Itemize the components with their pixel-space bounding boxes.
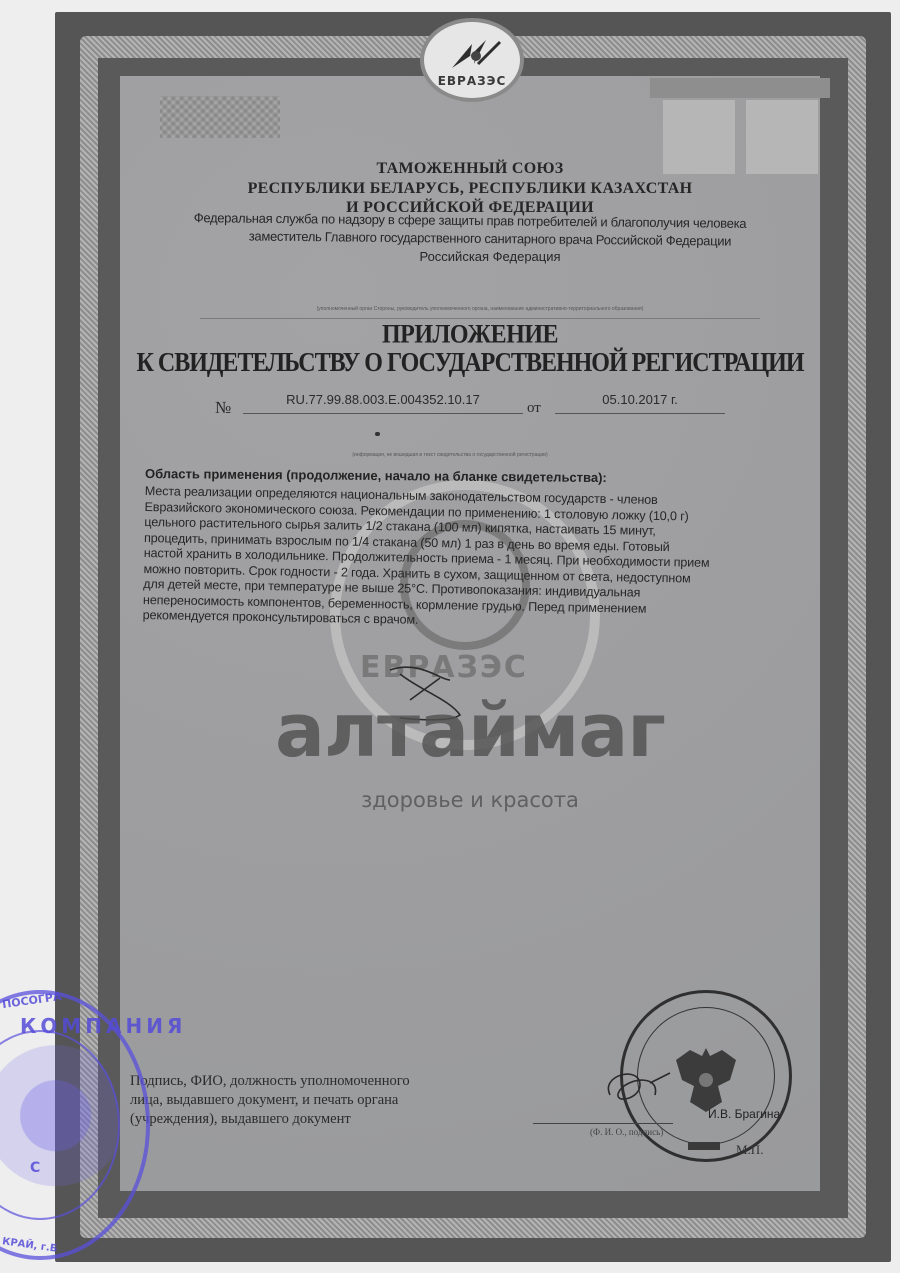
company-stamp-center-letter: С bbox=[30, 1160, 40, 1176]
document-title: ПРИЛОЖЕНИЕ bbox=[120, 321, 820, 351]
number-label: № bbox=[215, 398, 231, 418]
logo-text: ЕВРАЗЭС bbox=[438, 74, 507, 88]
document-subtitle: К СВИДЕТЕЛЬСТВУ О ГОСУДАРСТВЕННОЙ РЕГИСТ… bbox=[120, 348, 820, 379]
scope-text: Места реализации определяются национальн… bbox=[143, 484, 825, 635]
signature-caption-line: (учреждения), выдавшего документ bbox=[130, 1110, 515, 1129]
registration-line: № RU.77.99.88.003.Е.004352.10.17 от 05.1… bbox=[215, 392, 775, 418]
fio-label: (Ф. И. О., подпись) bbox=[590, 1127, 663, 1137]
stamp-number-bar bbox=[688, 1142, 720, 1150]
signature-icon bbox=[600, 1065, 700, 1115]
evrazes-emblem-icon bbox=[448, 34, 504, 74]
registration-date: 05.10.2017 г. bbox=[555, 392, 725, 414]
stamp-place-label: М.П. bbox=[736, 1142, 763, 1158]
security-strip-right bbox=[650, 78, 830, 98]
registration-number: RU.77.99.88.003.Е.004352.10.17 bbox=[243, 392, 523, 414]
brand-watermark: алтаймаг bbox=[120, 688, 820, 774]
header-customs-union: ТАМОЖЕННЫЙ СОЮЗ bbox=[120, 160, 820, 178]
signature-caption-line: Подпись, ФИО, должность уполномоченного bbox=[130, 1072, 515, 1091]
header-republics: РЕСПУБЛИКИ БЕЛАРУСЬ, РЕСПУБЛИКИ КАЗАХСТА… bbox=[120, 180, 820, 198]
ink-dot bbox=[375, 432, 380, 436]
caption-info: (информация, не вошедшая в текст свидете… bbox=[300, 452, 600, 458]
date-label: от bbox=[527, 400, 541, 417]
company-stamp-mid-text: КОМПАНИЯ bbox=[20, 1014, 186, 1038]
caption-authority: (уполномоченный орган Стороны, руководит… bbox=[200, 306, 760, 319]
signature-line bbox=[533, 1123, 673, 1124]
security-pattern-left bbox=[160, 96, 280, 138]
brand-tagline: здоровье и красота bbox=[120, 788, 820, 812]
header-country: Российская Федерация bbox=[140, 249, 840, 264]
signature-caption-line: лица, выдавшего документ, и печать орган… bbox=[130, 1091, 515, 1110]
signer-name: И.В. Брагина bbox=[708, 1107, 780, 1121]
signature-caption: Подпись, ФИО, должность уполномоченного … bbox=[130, 1072, 515, 1129]
evrazes-logo: ЕВРАЗЭС bbox=[420, 18, 524, 102]
